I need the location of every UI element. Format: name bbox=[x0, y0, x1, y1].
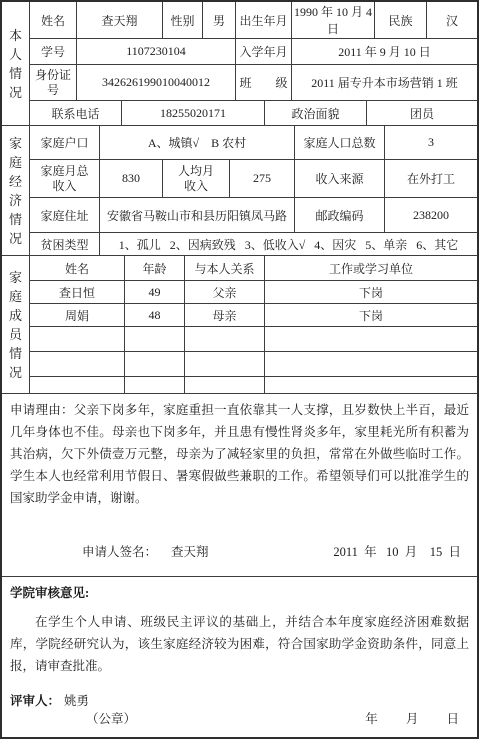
class-value: 2011 届专升本市场营销 1 班 bbox=[292, 65, 477, 100]
member-name bbox=[30, 377, 125, 393]
income-source-value: 在外打工 bbox=[385, 160, 477, 197]
address-label: 家庭住址 bbox=[30, 198, 100, 232]
review-date-blank: 年 月 日 bbox=[365, 709, 459, 727]
row-name-gender-birth: 姓名 查天翔 性别 男 出生年月 1990 年 10 月 4 日 民族 汉 bbox=[30, 2, 477, 39]
section-economic: 家庭经济情况 家庭户口 A、城镇√ B 农村 家庭人口总数 3 家庭月总 收入 … bbox=[2, 126, 477, 256]
phone-label: 联系电话 bbox=[30, 101, 122, 125]
personal-rows: 姓名 查天翔 性别 男 出生年月 1990 年 10 月 4 日 民族 汉 学号… bbox=[30, 2, 477, 125]
phone-value: 18255020171 bbox=[122, 101, 265, 125]
population-value: 3 bbox=[385, 126, 477, 159]
name-label: 姓名 bbox=[30, 2, 77, 38]
reviewer-line: 评审人： 姚勇 bbox=[2, 677, 477, 709]
political-label: 政治面貌 bbox=[265, 101, 367, 125]
postcode-label: 邮政编码 bbox=[295, 198, 385, 232]
gender-value: 男 bbox=[203, 2, 236, 38]
member-unit bbox=[265, 377, 477, 393]
signature-label: 申请人签名： bbox=[82, 542, 157, 560]
hukou-options: A、城镇√ B 农村 bbox=[100, 126, 295, 159]
hukou-label: 家庭户口 bbox=[30, 126, 100, 159]
review-comment-text: 在学生个人申请、班级民主评议的基础上，并结合本年度家庭经济困难数据库，学院经研究… bbox=[2, 601, 477, 677]
member-age: 48 bbox=[125, 304, 185, 326]
percapita-value: 275 bbox=[230, 160, 295, 197]
seal-placeholder: （公章） bbox=[86, 709, 136, 727]
member-row bbox=[30, 327, 477, 352]
section-economic-header: 家庭经济情况 bbox=[2, 126, 30, 255]
section-members-header: 家庭成员情况 bbox=[2, 256, 30, 393]
member-age bbox=[125, 377, 185, 393]
row-income: 家庭月总 收入 830 人均月 收入 275 收入来源 在外打工 bbox=[30, 160, 477, 198]
section-application-reason: 申请理由：父亲下岗多年，家庭重担一直依靠其一人支撑，且岁数快上半百，最近几年身体… bbox=[2, 394, 477, 577]
member-unit: 下岗 bbox=[265, 304, 477, 326]
enroll-value: 2011 年 9 月 10 日 bbox=[292, 39, 477, 64]
reviewer-name: 姚勇 bbox=[64, 691, 89, 709]
aid-application-form: 本人情况 姓名 查天翔 性别 男 出生年月 1990 年 10 月 4 日 民族… bbox=[0, 0, 479, 739]
name-value: 查天翔 bbox=[77, 2, 163, 38]
signature-name: 查天翔 bbox=[171, 542, 209, 560]
member-relation bbox=[185, 352, 265, 376]
income-source-label: 收入来源 bbox=[295, 160, 385, 197]
member-relation-header: 与本人关系 bbox=[185, 256, 265, 280]
members-header-row: 姓名 年龄 与本人关系 工作或学习单位 bbox=[30, 256, 477, 281]
member-relation bbox=[185, 377, 265, 393]
member-unit bbox=[265, 327, 477, 351]
member-name bbox=[30, 352, 125, 376]
birth-label: 出生年月 bbox=[236, 2, 292, 38]
poverty-label: 贫困类型 bbox=[30, 233, 100, 255]
member-unit-header: 工作或学习单位 bbox=[265, 256, 477, 280]
section-economic-label: 家庭经济情况 bbox=[9, 134, 22, 248]
section-college-review: 学院审核意见: 在学生个人申请、班级民主评议的基础上，并结合本年度家庭经济困难数… bbox=[2, 577, 477, 737]
section-members-label: 家庭成员情况 bbox=[9, 268, 22, 382]
reviewer-label: 评审人： bbox=[10, 691, 60, 709]
signature-line: 申请人签名： 查天翔 2011 年 10 月 15 日 bbox=[2, 542, 477, 576]
members-rows: 姓名 年龄 与本人关系 工作或学习单位 查日恒 49 父亲 下岗 周娟 48 母… bbox=[30, 256, 477, 393]
member-relation: 父亲 bbox=[185, 281, 265, 303]
member-name bbox=[30, 327, 125, 351]
member-row bbox=[30, 377, 477, 393]
member-age bbox=[125, 352, 185, 376]
row-poverty-type: 贫困类型 1、孤儿 2、因病致残 3、低收入√ 4、因灾 5、单亲 6、其它 bbox=[30, 233, 477, 255]
row-idcard-class: 身份证 号 342626199010040012 班 级 2011 届专升本市场… bbox=[30, 65, 477, 101]
row-student-id: 学号 1107230104 入学年月 2011 年 9 月 10 日 bbox=[30, 39, 477, 65]
member-name: 周娟 bbox=[30, 304, 125, 326]
student-id-value: 1107230104 bbox=[77, 39, 236, 64]
row-hukou: 家庭户口 A、城镇√ B 农村 家庭人口总数 3 bbox=[30, 126, 477, 160]
section-members: 家庭成员情况 姓名 年龄 与本人关系 工作或学习单位 查日恒 49 父亲 下岗 … bbox=[2, 256, 477, 394]
enroll-label: 入学年月 bbox=[236, 39, 292, 64]
member-age-header: 年龄 bbox=[125, 256, 185, 280]
section-personal-label: 本人情况 bbox=[9, 26, 22, 102]
section-personal-header: 本人情况 bbox=[2, 2, 30, 125]
postcode-value: 238200 bbox=[385, 198, 477, 232]
member-unit bbox=[265, 352, 477, 376]
member-relation: 母亲 bbox=[185, 304, 265, 326]
member-unit: 下岗 bbox=[265, 281, 477, 303]
gender-label: 性别 bbox=[163, 2, 203, 38]
population-label: 家庭人口总数 bbox=[295, 126, 385, 159]
class-label: 班 级 bbox=[236, 65, 292, 100]
member-age bbox=[125, 327, 185, 351]
birth-value: 1990 年 10 月 4 日 bbox=[292, 2, 375, 38]
percapita-label: 人均月 收入 bbox=[163, 160, 230, 197]
ethnicity-label: 民族 bbox=[375, 2, 427, 38]
member-row bbox=[30, 352, 477, 377]
member-age: 49 bbox=[125, 281, 185, 303]
member-name-header: 姓名 bbox=[30, 256, 125, 280]
section-personal: 本人情况 姓名 查天翔 性别 男 出生年月 1990 年 10 月 4 日 民族… bbox=[2, 2, 477, 126]
economic-rows: 家庭户口 A、城镇√ B 农村 家庭人口总数 3 家庭月总 收入 830 人均月… bbox=[30, 126, 477, 255]
ethnicity-value: 汉 bbox=[427, 2, 477, 38]
review-title: 学院审核意见: bbox=[2, 577, 477, 601]
idcard-label: 身份证 号 bbox=[30, 65, 77, 100]
address-value: 安徽省马鞍山市和县历阳镇凤马路 bbox=[100, 198, 295, 232]
idcard-value: 342626199010040012 bbox=[77, 65, 236, 100]
monthly-income-value: 830 bbox=[100, 160, 163, 197]
political-value: 团员 bbox=[367, 101, 477, 125]
member-row: 周娟 48 母亲 下岗 bbox=[30, 304, 477, 327]
application-reason-text: 申请理由：父亲下岗多年，家庭重担一直依靠其一人支撑，且岁数快上半百，最近几年身体… bbox=[2, 394, 477, 509]
poverty-options: 1、孤儿 2、因病致残 3、低收入√ 4、因灾 5、单亲 6、其它 bbox=[100, 233, 477, 255]
seal-line: （公章） 年 月 日 bbox=[2, 709, 477, 737]
member-row: 查日恒 49 父亲 下岗 bbox=[30, 281, 477, 304]
signature-date: 2011 年 10 月 15 日 bbox=[333, 542, 461, 560]
member-name: 查日恒 bbox=[30, 281, 125, 303]
member-relation bbox=[185, 327, 265, 351]
student-id-label: 学号 bbox=[30, 39, 77, 64]
row-address: 家庭住址 安徽省马鞍山市和县历阳镇凤马路 邮政编码 238200 bbox=[30, 198, 477, 233]
row-phone-political: 联系电话 18255020171 政治面貌 团员 bbox=[30, 101, 477, 125]
monthly-income-label: 家庭月总 收入 bbox=[30, 160, 100, 197]
